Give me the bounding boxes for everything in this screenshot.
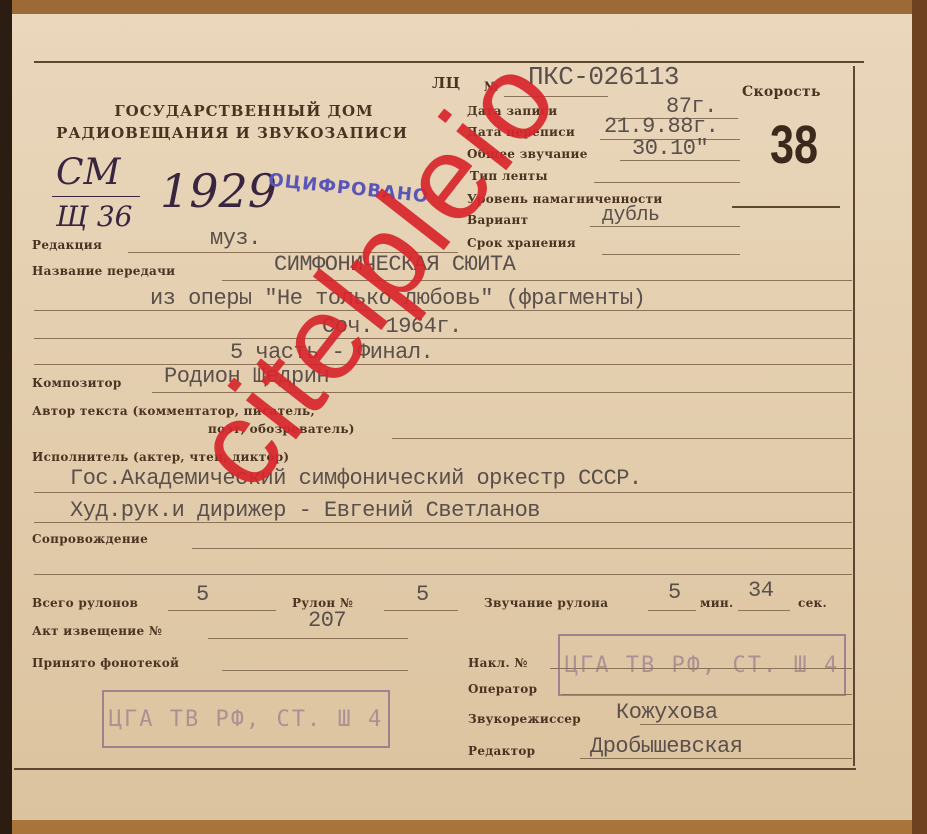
composer-label: Композитор bbox=[32, 376, 122, 390]
performer-rule-1 bbox=[34, 492, 852, 493]
sec-label: сек. bbox=[798, 596, 827, 610]
roll-value: 5 bbox=[416, 582, 429, 607]
magnetization-line bbox=[732, 206, 840, 208]
roll-line bbox=[384, 610, 458, 611]
bottom-border bbox=[14, 768, 856, 770]
accompaniment-label: Сопровождение bbox=[32, 532, 148, 546]
archive-stamp-left: ЦГА ТВ РФ, СТ. Ш 4 bbox=[102, 690, 390, 748]
editor-label: Редактор bbox=[468, 744, 535, 758]
invoice-label: Накл. № bbox=[468, 656, 528, 670]
title-rule-3 bbox=[34, 338, 852, 339]
right-border bbox=[853, 66, 855, 766]
accepted-line bbox=[222, 670, 408, 671]
handwritten-number: 1929 bbox=[160, 164, 277, 218]
roll-duration-label: Звучание рулона bbox=[484, 596, 608, 610]
act-line bbox=[208, 638, 408, 639]
frame-left bbox=[0, 0, 12, 834]
archive-card: ГОСУДАРСТВЕННЫЙ ДОМ РАДИОВЕЩАНИЯ И ЗВУКО… bbox=[12, 14, 912, 820]
archive-stamp-right: ЦГА ТВ РФ, СТ. Ш 4 bbox=[558, 634, 846, 696]
invoice-line bbox=[550, 668, 852, 669]
fraction-line bbox=[52, 196, 140, 197]
roll-seconds-line bbox=[738, 610, 790, 611]
author-line bbox=[392, 438, 852, 439]
roll-seconds: 34 bbox=[748, 578, 773, 603]
accepted-label: Принято фонотекой bbox=[32, 656, 179, 670]
performer-line-1: Гос.Академический симфонический оркестр … bbox=[70, 466, 642, 491]
sound-director-line bbox=[640, 724, 852, 725]
title-rule-2 bbox=[34, 310, 852, 311]
top-border bbox=[34, 61, 864, 63]
blank-rule bbox=[34, 574, 852, 575]
storage-line bbox=[602, 254, 740, 255]
title-rule-4 bbox=[34, 364, 852, 365]
total-rolls-label: Всего рулонов bbox=[32, 596, 138, 610]
roll-minutes: 5 bbox=[668, 580, 681, 605]
variant-line bbox=[590, 226, 740, 227]
sound-director-label: Звукорежиссер bbox=[468, 712, 581, 726]
editor-value: Дробышевская bbox=[590, 734, 742, 759]
frame-right bbox=[912, 0, 927, 834]
performer-line-2: Худ.рук.и дирижер - Евгений Светланов bbox=[70, 498, 540, 523]
act-label: Акт извещение № bbox=[32, 624, 162, 638]
total-duration-value: 30.10" bbox=[632, 136, 708, 161]
accompaniment-line bbox=[192, 548, 852, 549]
redaction-label: Редакция bbox=[32, 238, 102, 252]
tape-type-line bbox=[594, 182, 740, 183]
roll-minutes-line bbox=[648, 610, 696, 611]
org-line-2: РАДИОВЕЩАНИЯ И ЗВУКОЗАПИСИ bbox=[42, 124, 422, 142]
performer-rule-2 bbox=[34, 522, 852, 523]
act-value: 207 bbox=[308, 608, 346, 633]
total-rolls-value: 5 bbox=[196, 582, 209, 607]
operator-line bbox=[562, 694, 852, 695]
editor-line bbox=[580, 758, 852, 759]
total-duration-line bbox=[620, 160, 740, 161]
total-rolls-line bbox=[168, 610, 276, 611]
operator-label: Оператор bbox=[468, 682, 537, 696]
speed-value: 38 bbox=[770, 114, 818, 176]
title-label: Название передачи bbox=[32, 264, 175, 278]
sound-director-value: Кожухова bbox=[616, 700, 718, 725]
min-label: мин. bbox=[700, 596, 734, 610]
speed-label: Скорость bbox=[742, 84, 821, 100]
redaction-value: муз. bbox=[210, 226, 261, 251]
variant-value: дубль bbox=[602, 204, 660, 227]
handwritten-series: СМ bbox=[56, 152, 120, 193]
handwritten-shelf: Щ 36 bbox=[56, 200, 132, 233]
org-line-1: ГОСУДАРСТВЕННЫЙ ДОМ bbox=[104, 102, 384, 120]
frame-bottom bbox=[0, 818, 927, 834]
